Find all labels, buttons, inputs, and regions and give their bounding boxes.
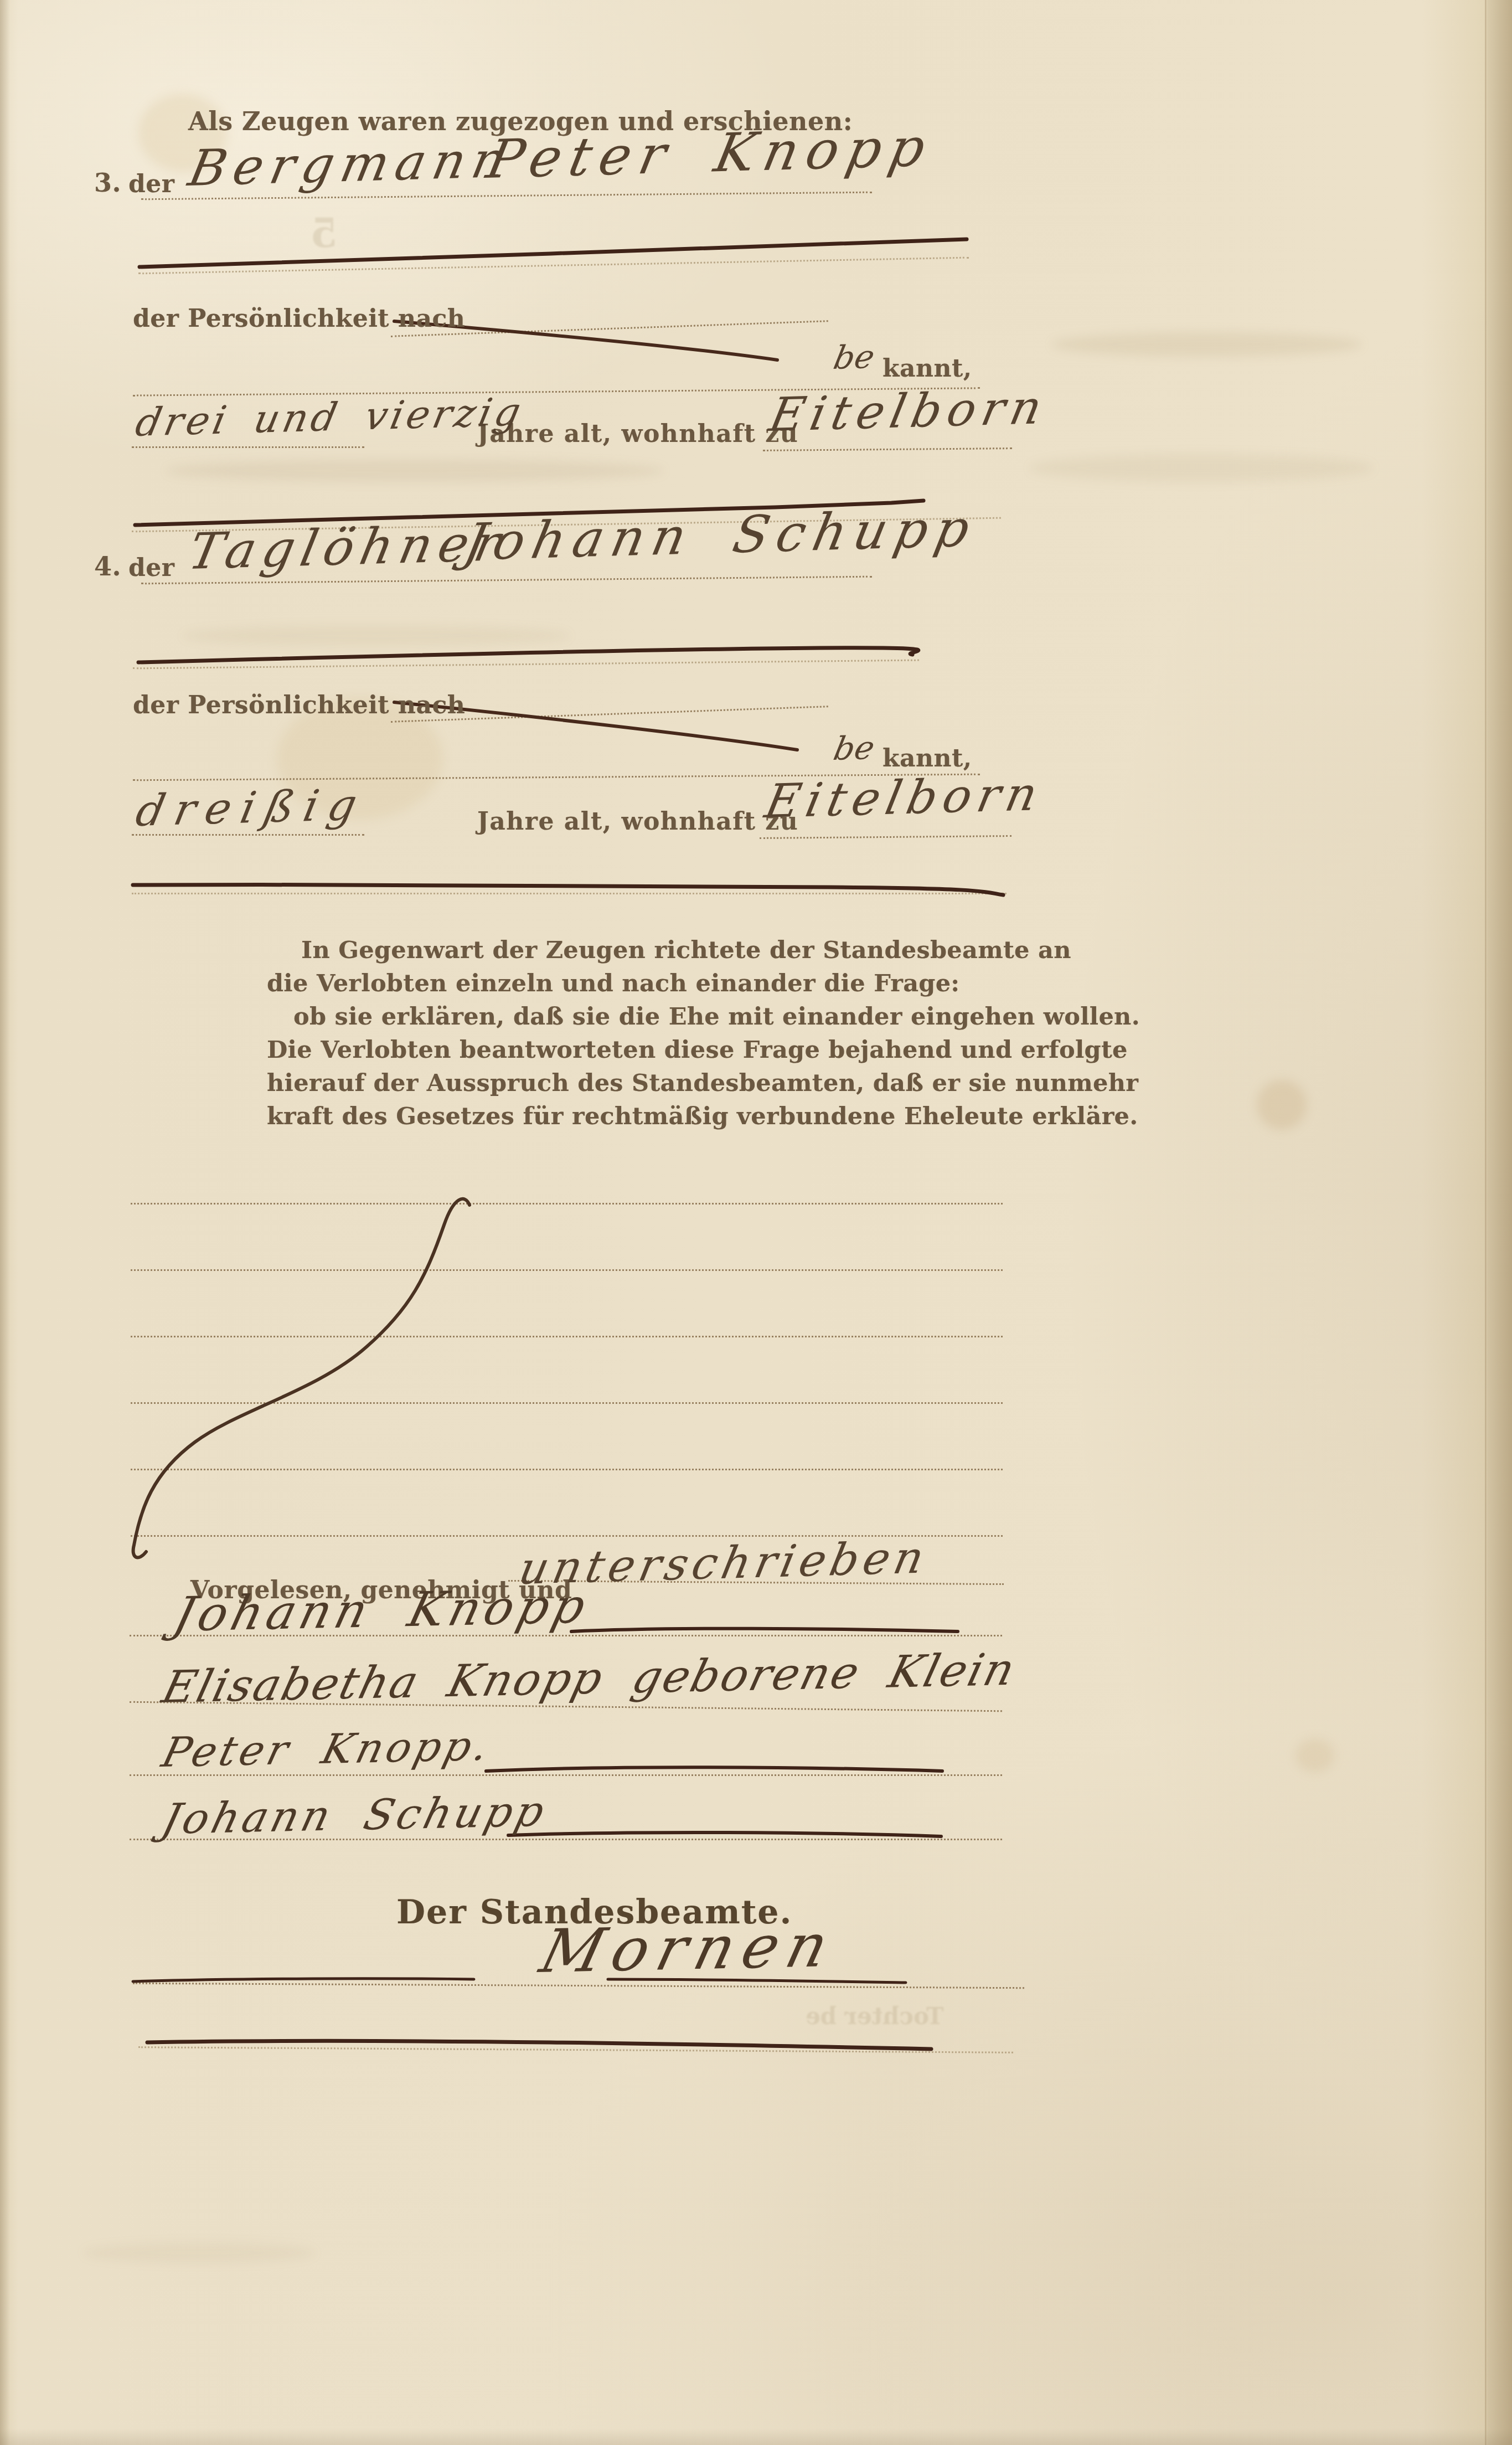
witness4-identity-handwriting: be (830, 729, 878, 768)
witness3-occupation-handwriting: Bergmann (184, 131, 518, 198)
witness3-article: der (128, 170, 174, 198)
declaration-line: ob sie erklären, daß sie die Ehe mit ein… (267, 1000, 1034, 1033)
witness4-age-handwriting: dreißig (132, 780, 371, 836)
cancellation-flourish (133, 1199, 469, 1558)
bottom-closing-line (147, 2041, 931, 2049)
signature-groom: Johann Knopp (168, 1578, 595, 1643)
strike-line-witness3-top (140, 239, 967, 267)
witness4-residence-handwriting: Eitelborn (761, 766, 1048, 828)
signature4-fill-line (508, 1833, 941, 1836)
declaration-line: In Gegenwart der Zeugen richtete der Sta… (267, 934, 1034, 967)
registrar-signature: Mornen (534, 1911, 844, 1986)
bottom-page-edge-shadow (0, 2428, 1512, 2445)
declaration-line: hierauf der Ausspruch des Standesbeamten… (267, 1067, 1034, 1100)
right-page-edge-shadow (1487, 0, 1512, 2445)
witness4-age-label: Jahre alt, wohnhaft zu (477, 807, 798, 836)
witness3-age-label: Jahre alt, wohnhaft zu (477, 420, 798, 448)
witness4-number: 4. (94, 552, 121, 581)
left-page-edge-shadow (0, 0, 10, 2445)
ink-strokes-layer (0, 0, 1512, 2445)
witness3-identity-suffix: kannt, (883, 354, 972, 383)
witness4-identity-suffix: kannt, (883, 744, 972, 773)
official-line-left (133, 1979, 474, 1981)
declaration-paragraph: In Gegenwart der Zeugen richtete der Sta… (267, 934, 1034, 1133)
witness4-article: der (128, 554, 174, 582)
declaration-line: Die Verlobten beantworteten diese Frage … (267, 1033, 1034, 1067)
witness3-name-handwriting: Peter Knopp (482, 116, 939, 191)
strike-line-witness4-top (138, 648, 918, 662)
strike-line-witness4-bottom (133, 884, 1003, 895)
signature-witness3: Peter Knopp. (157, 1722, 497, 1777)
signature3-fill-line (486, 1767, 942, 1771)
declaration-line: die Verlobten einzeln und nach einander … (267, 967, 1034, 1000)
witness4-identity-label: der Persönlichkeit nach (133, 691, 465, 719)
witness3-identity-label: der Persönlichkeit nach (133, 305, 465, 333)
declaration-line: kraft des Gesetzes für rechtmäßig verbun… (267, 1100, 1034, 1133)
witness3-identity-handwriting: be (830, 338, 878, 377)
witness3-number: 3. (94, 168, 121, 198)
signature-witness4: Johann Schupp (157, 1787, 553, 1844)
registry-document-page: Als Zeugen waren zugezogen und erschiene… (0, 0, 1512, 2445)
signature1-fill-line (571, 1629, 958, 1631)
witness3-residence-handwriting: Eitelborn (765, 380, 1052, 442)
